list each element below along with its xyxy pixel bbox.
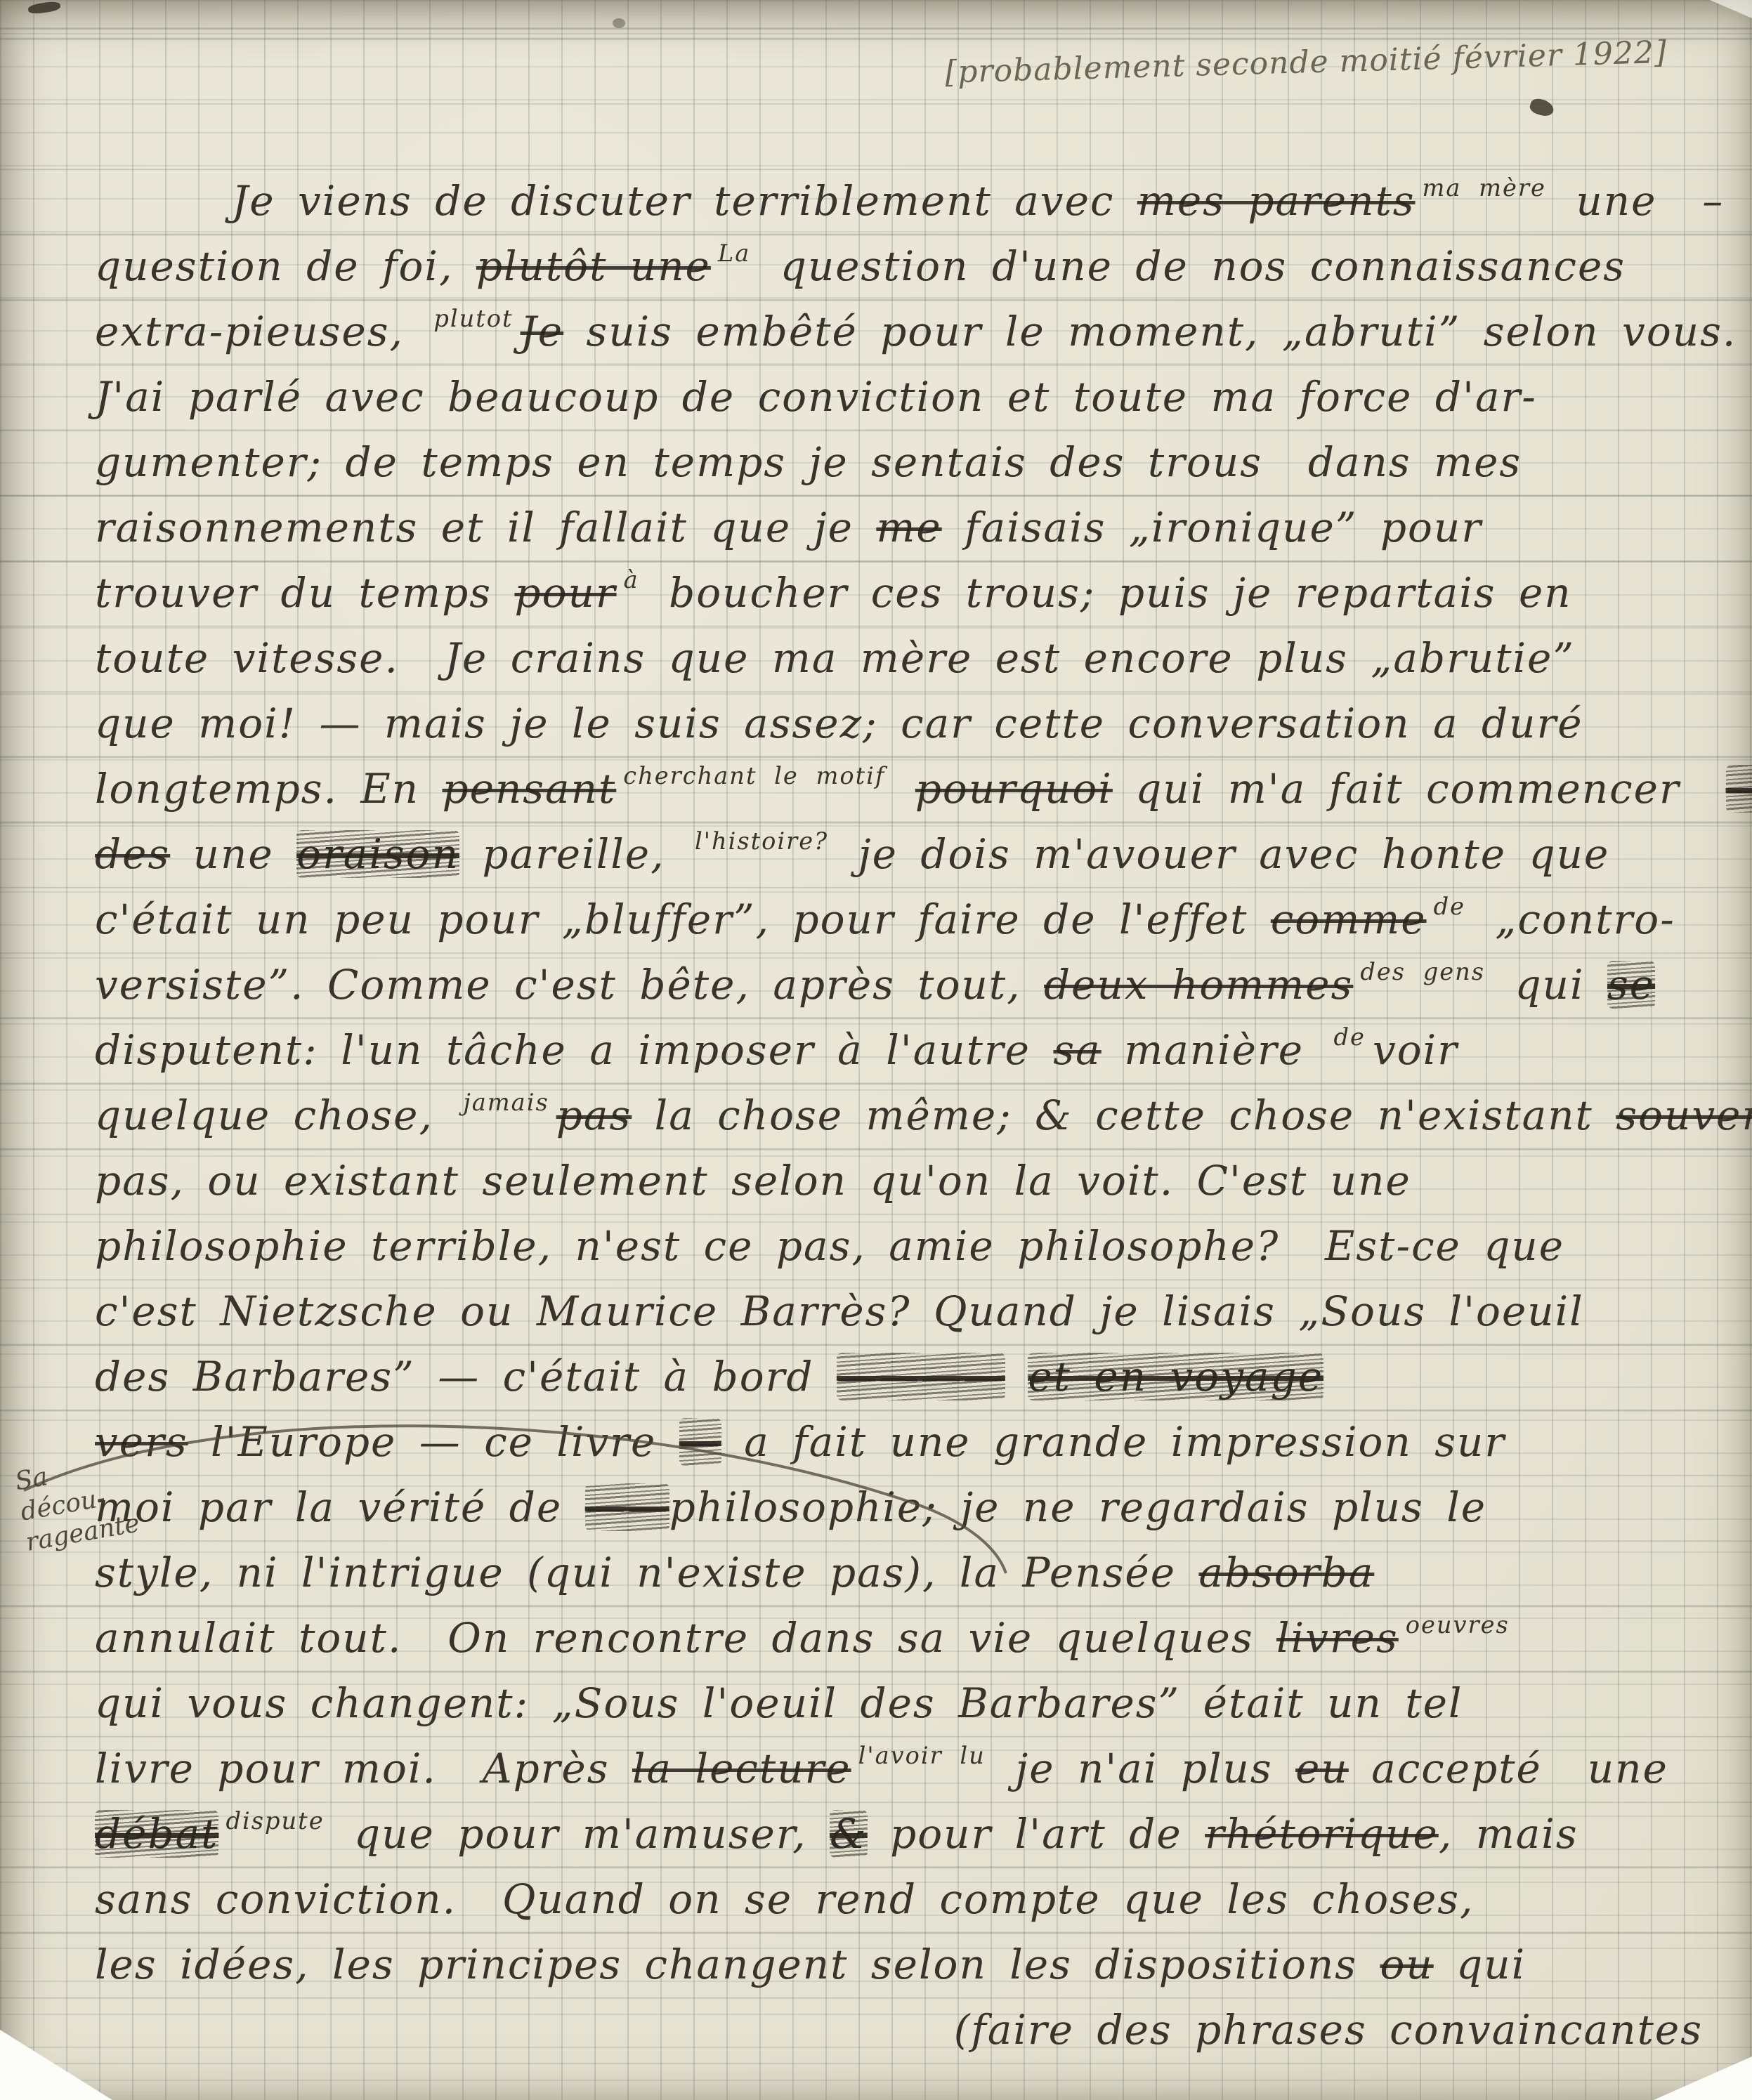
- inserted-text: de: [1434, 895, 1465, 919]
- struck-text: des: [95, 830, 170, 878]
- manuscript-line: J'ai parlé avec beaucoup de conviction e…: [95, 365, 1724, 430]
- scribbled-text: ————: [837, 1353, 1005, 1400]
- manuscript-line: livre pour moi. Après la lecturel'avoir …: [95, 1736, 1724, 1802]
- manuscript-line: c'est Nietzsche ou Maurice Barrès? Quand…: [95, 1279, 1724, 1344]
- text-segment: pas, ou existant seulement selon qu'on l…: [95, 1157, 1411, 1205]
- text-segment: „contro-: [1472, 895, 1675, 943]
- text-segment: des Barbares” — c'était à bord: [95, 1353, 837, 1400]
- manuscript-line: c'était un peu pour „bluffer”, pour fair…: [95, 887, 1724, 952]
- text-segment: c'est Nietzsche ou Maurice Barrès? Quand…: [95, 1287, 1584, 1335]
- manuscript-line: vers l'Europe — ce livre — a fait une gr…: [95, 1410, 1724, 1475]
- struck-text: pas: [556, 1091, 632, 1139]
- manuscript-line: question de foi, plutôt uneLa question d…: [95, 234, 1724, 299]
- manuscript-line: toute vitesse. Je crains que ma mère est…: [95, 626, 1724, 691]
- text-segment: raisonnements et il fallait que je: [95, 504, 876, 551]
- text-segment: je n'ai plus: [993, 1745, 1295, 1792]
- manuscript-line: moi par la vérité de ——philosophie; je n…: [95, 1475, 1724, 1540]
- manuscript-line: pas, ou existant seulement selon qu'on l…: [95, 1148, 1724, 1214]
- struck-text: souvent: [1616, 1091, 1752, 1139]
- ink-smudge: [27, 1, 61, 15]
- inserted-text: l'histoire?: [695, 829, 828, 853]
- text-segment: philosophie; je ne regardais plus le: [669, 1483, 1486, 1531]
- scribbled-text: se: [1607, 961, 1655, 1009]
- manuscript-line: sans conviction. Quand on se rend compte…: [95, 1867, 1724, 1932]
- text-segment: sans conviction. Quand on se rend compte…: [95, 1875, 1474, 1923]
- text-segment: accepté une: [1349, 1745, 1668, 1792]
- text-segment: extra-pieuses,: [95, 308, 426, 355]
- text-segment: qui vous changent: „Sous l'oeuil des Bar…: [95, 1679, 1463, 1727]
- manuscript-line: extra-pieuses, plutotJe suis embêté pour…: [95, 299, 1724, 365]
- struck-text: absorba: [1198, 1549, 1374, 1596]
- text-segment: c'était un peu pour „bluffer”, pour fair…: [95, 895, 1271, 943]
- text-segment: que pour m'amuser,: [332, 1810, 830, 1858]
- manuscript-line: trouver du temps pourà boucher ces trous…: [95, 560, 1724, 626]
- text-segment: [1005, 1353, 1028, 1400]
- struck-text: la lecture: [632, 1745, 851, 1792]
- text-segment: style, ni l'intrigue (qui n'existe pas),…: [95, 1549, 1198, 1596]
- torn-corner: [0, 2030, 112, 2100]
- text-segment: question d'une de nos connaissances: [757, 242, 1626, 290]
- manuscript-line: philosophie terrible, n'est ce pas, amie…: [95, 1214, 1724, 1279]
- manuscript-line: débatdispute que pour m'amuser, & pour l…: [95, 1802, 1724, 1867]
- text-segment: a fait une grande impression sur: [721, 1418, 1505, 1466]
- text-segment: versiste”. Comme c'est bête, après tout,: [95, 961, 1044, 1009]
- text-segment: pareille,: [459, 830, 688, 878]
- manuscript-line: gumenter; de temps en temps je sentais d…: [95, 430, 1724, 495]
- inserted-text: à: [624, 568, 639, 592]
- text-segment: [892, 765, 915, 813]
- text-segment: les idées, les principes changent selon …: [95, 1941, 1380, 1988]
- text-segment: je dois m'avouer avec honte que: [835, 830, 1609, 878]
- struck-text: mes parents: [1137, 177, 1416, 225]
- struck-text: pour: [514, 569, 616, 617]
- inserted-text: l'avoir lu: [858, 1744, 986, 1768]
- struck-text: Je: [521, 308, 564, 355]
- struck-text: sa: [1053, 1026, 1101, 1074]
- manuscript-line: que moi! — mais je le suis assez; car ce…: [95, 691, 1724, 756]
- manuscript-line: annulait tout. On rencontre dans sa vie …: [95, 1606, 1724, 1671]
- struck-text: deux hommes: [1044, 961, 1353, 1009]
- text-segment: Je viens de discuter terriblement avec: [232, 177, 1137, 225]
- text-segment: quelque chose,: [95, 1091, 456, 1139]
- text-segment: livre pour moi. Après: [95, 1745, 632, 1792]
- manuscript-line: versiste”. Comme c'est bête, après tout,…: [95, 952, 1724, 1018]
- scribbled-text: et en voyage: [1028, 1353, 1323, 1400]
- torn-corner: [1710, 0, 1752, 18]
- text-segment: qui: [1434, 1941, 1526, 1988]
- text-segment: philosophie terrible, n'est ce pas, amie…: [95, 1222, 1564, 1270]
- scribbled-text: —: [679, 1418, 721, 1466]
- inserted-text: dispute: [225, 1809, 324, 1833]
- manuscript-line: (faire des phrases convaincantes: [95, 1997, 1724, 2063]
- manuscript-line: style, ni l'intrigue (qui n'existe pas),…: [95, 1540, 1724, 1606]
- text-segment: une –: [1553, 177, 1724, 225]
- inserted-text: ma mère: [1423, 176, 1546, 200]
- torn-corner: [1654, 2056, 1752, 2100]
- struck-text: livres: [1276, 1614, 1399, 1662]
- manuscript-line: des Barbares” — c'était à bord ———— et e…: [95, 1344, 1724, 1410]
- paper-spot: [613, 18, 625, 28]
- text-segment: (faire des phrases convaincantes: [954, 2006, 1703, 2054]
- date-annotation: [probablement seconde moitié février 192…: [945, 32, 1732, 90]
- inserted-text: oeuvres: [1406, 1613, 1510, 1637]
- struck-text: comme: [1271, 895, 1427, 943]
- text-segment: l'Europe — ce livre: [188, 1418, 679, 1466]
- manuscript-page: [probablement seconde moitié février 192…: [0, 0, 1752, 2100]
- manuscript-line: quelque chose, jamaispas la chose même; …: [95, 1083, 1724, 1148]
- text-segment: question de foi,: [95, 242, 476, 290]
- manuscript-line: Je viens de discuter terriblement avec m…: [95, 169, 1724, 234]
- struck-text: eu: [1295, 1745, 1349, 1792]
- manuscript-line: longtemps. En pensantcherchant le motif …: [95, 756, 1724, 822]
- struck-text: pensant: [442, 765, 616, 813]
- inserted-text: jamais: [463, 1091, 549, 1115]
- text-segment: toute vitesse. Je crains que ma mère est…: [95, 634, 1575, 682]
- text-segment: annulait tout. On rencontre dans sa vie …: [95, 1614, 1276, 1662]
- text-segment: gumenter; de temps en temps je sentais d…: [95, 438, 1522, 486]
- inserted-text: de: [1334, 1025, 1366, 1049]
- text-segment: manière: [1101, 1026, 1327, 1074]
- manuscript-line: raisonnements et il fallait que je me fa…: [95, 495, 1724, 560]
- text-segment: pour l'art de: [868, 1810, 1205, 1858]
- scribbled-text: ———: [1726, 765, 1752, 813]
- text-segment: suis embêté pour le moment, „abruti” sel…: [563, 308, 1737, 355]
- text-segment: boucher ces trous; puis je repartais en: [646, 569, 1572, 617]
- manuscript-line: des une oraison pareille, l'histoire? je…: [95, 822, 1724, 887]
- manuscript-line: qui vous changent: „Sous l'oeuil des Bar…: [95, 1671, 1724, 1736]
- text-segment: qui: [1492, 961, 1607, 1009]
- manuscript-line: disputent: l'un tâche a imposer à l'autr…: [95, 1018, 1724, 1083]
- manuscript-line: les idées, les principes changent selon …: [95, 1932, 1724, 1997]
- scribbled-text: débat: [95, 1810, 218, 1858]
- scribbled-text: &: [830, 1810, 868, 1858]
- text-segment: , mais: [1439, 1810, 1578, 1858]
- struck-text: plutôt une: [476, 242, 711, 290]
- scribbled-text: oraison: [296, 830, 459, 878]
- struck-text: ou: [1380, 1941, 1433, 1988]
- text-segment: que moi! — mais je le suis assez; car ce…: [95, 700, 1583, 747]
- text-segment: disputent: l'un tâche a imposer à l'autr…: [95, 1026, 1053, 1074]
- text-segment: trouver du temps: [95, 569, 514, 617]
- text-segment: la chose même; & cette chose n'existant: [632, 1091, 1616, 1139]
- inserted-text: plutot: [433, 307, 513, 331]
- text-segment: longtemps. En: [95, 765, 442, 813]
- text-segment: faisais „ironique” pour: [942, 504, 1482, 551]
- manuscript-lines: Je viens de discuter terriblement avec m…: [95, 169, 1724, 2063]
- text-segment: voir: [1373, 1026, 1458, 1074]
- struck-text: rhétorique: [1205, 1810, 1439, 1858]
- text-segment: J'ai parlé avec beaucoup de conviction e…: [95, 373, 1537, 421]
- ink-smudge: [1528, 96, 1555, 118]
- text-segment: une: [170, 830, 296, 878]
- struck-text: pourquoi: [915, 765, 1113, 813]
- inserted-text: des gens: [1360, 960, 1485, 984]
- inserted-text: La: [718, 242, 750, 265]
- scribbled-text: ——: [585, 1483, 669, 1531]
- text-segment: qui m'a fait commencer: [1113, 765, 1726, 813]
- inserted-text: cherchant le motif: [623, 764, 885, 788]
- struck-text: me: [876, 504, 941, 551]
